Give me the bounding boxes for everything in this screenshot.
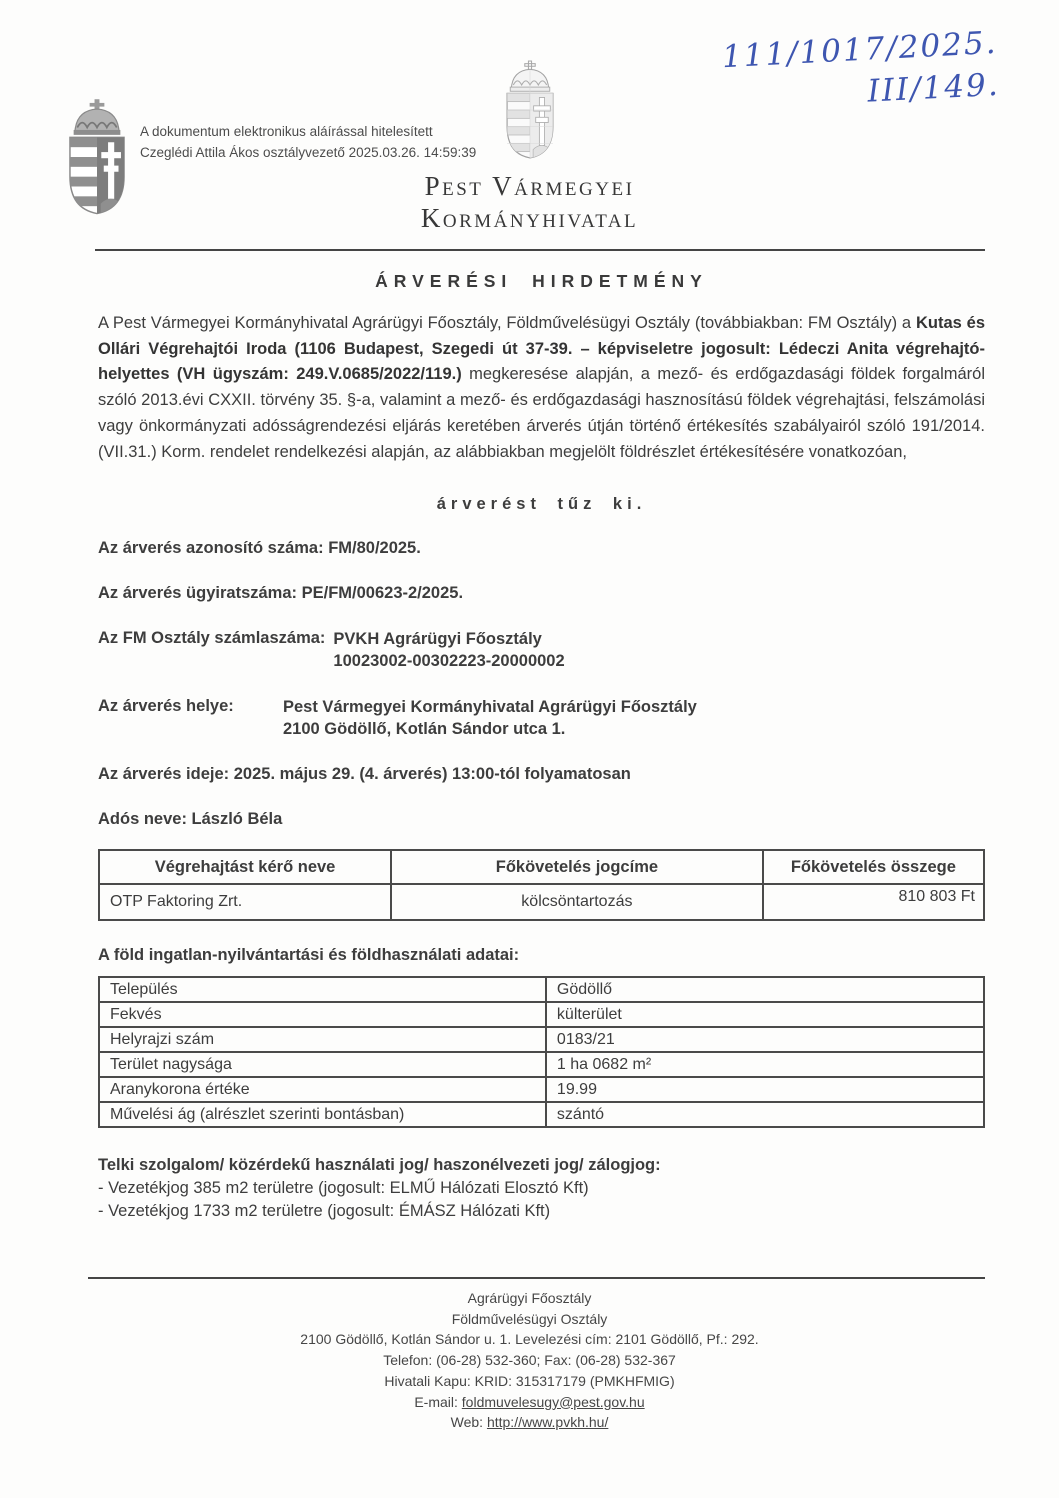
claims-table-row: OTP Faktoring Zrt. kölcsöntartozás 810 8… bbox=[99, 884, 984, 920]
footer-web-line: Web: http://www.pvkh.hu/ bbox=[0, 1412, 1059, 1433]
claims-table: Végrehajtást kérő neve Főkövetelés jogcí… bbox=[98, 849, 985, 921]
account-number-value-line-2: 10023002-00302223-20000002 bbox=[333, 650, 564, 672]
table-row-settlement: Település Gödöllő bbox=[99, 977, 984, 1002]
account-number-row: Az FM Osztály számlaszáma: PVKH Agrárügy… bbox=[98, 628, 985, 672]
document-title: ÁRVERÉSI HIRDETMÉNY bbox=[98, 271, 985, 292]
claims-header-claim-title: Főkövetelés jogcíme bbox=[391, 850, 763, 884]
claims-cell-claim-amount: 810 803 Ft bbox=[763, 884, 984, 920]
table-row-area: Terület nagysága 1 ha 0682 m² bbox=[99, 1052, 984, 1077]
easement-item-2: - Vezetékjog 1733 m2 területre (jogosult… bbox=[98, 1200, 985, 1223]
footer-phone-fax: Telefon: (06-28) 532-360; Fax: (06-28) 5… bbox=[0, 1350, 1059, 1371]
document-page: 111/1017/2025. III/149. bbox=[0, 0, 1059, 1498]
intro-pre: A Pest Vármegyei Kormányhivatal Agrárügy… bbox=[98, 314, 911, 332]
footer-web-link[interactable]: http://www.pvkh.hu/ bbox=[487, 1414, 608, 1430]
land-label-area: Terület nagysága bbox=[99, 1052, 546, 1077]
organisation-name-line-1: Pest Vármegyei bbox=[0, 171, 1059, 203]
auction-id-label: Az árverés azonosító száma: bbox=[98, 539, 324, 557]
auction-id-value: FM/80/2025. bbox=[328, 539, 421, 557]
footer-divider bbox=[88, 1277, 985, 1279]
land-label-cultivation: Művelési ág (alrészlet szerinti bontásba… bbox=[99, 1102, 546, 1127]
footer-department: Agrárügyi Főosztály bbox=[0, 1288, 1059, 1309]
land-data-table: Település Gödöllő Fekvés külterület Hely… bbox=[98, 976, 985, 1128]
land-value-parcel-number: 0183/21 bbox=[546, 1027, 984, 1052]
decree-line: árverést tűz ki. bbox=[98, 495, 985, 514]
land-label-settlement: Település bbox=[99, 977, 546, 1002]
claims-header-claim-amount: Főkövetelés összege bbox=[763, 850, 984, 884]
footer-krid: Hivatali Kapu: KRID: 315317179 (PMKHFMIG… bbox=[0, 1371, 1059, 1392]
land-label-location: Fekvés bbox=[99, 1002, 546, 1027]
land-label-parcel-number: Helyrajzi szám bbox=[99, 1027, 546, 1052]
auction-place-row: Az árverés helye: Pest Vármegyei Kormány… bbox=[98, 696, 985, 740]
land-label-gold-crown: Aranykorona értéke bbox=[99, 1077, 546, 1102]
land-value-cultivation: szántó bbox=[546, 1102, 984, 1127]
table-row-cultivation: Művelési ág (alrészlet szerinti bontásba… bbox=[99, 1102, 984, 1127]
footer-email-label: E-mail: bbox=[414, 1394, 458, 1410]
footer-block: Agrárügyi Főosztály Földművelésügyi Oszt… bbox=[0, 1288, 1059, 1433]
debtor-label: Adós neve: bbox=[98, 810, 187, 828]
organisation-name-line-2: Kormányhivatal bbox=[0, 203, 1059, 235]
table-row-location: Fekvés külterület bbox=[99, 1002, 984, 1027]
footer-email-link[interactable]: foldmuvelesugy@pest.gov.hu bbox=[462, 1394, 645, 1410]
claims-table-header-row: Végrehajtást kérő neve Főkövetelés jogcí… bbox=[99, 850, 984, 884]
debtor-value: László Béla bbox=[192, 810, 283, 828]
claims-cell-creditor: OTP Faktoring Zrt. bbox=[99, 884, 391, 920]
account-number-value: PVKH Agrárügyi Főosztály 10023002-003022… bbox=[333, 628, 564, 672]
footer-email-line: E-mail: foldmuvelesugy@pest.gov.hu bbox=[0, 1392, 1059, 1413]
auction-place-value-line-1: Pest Vármegyei Kormányhivatal Agrárügyi … bbox=[283, 696, 697, 718]
table-row-gold-crown: Aranykorona értéke 19.99 bbox=[99, 1077, 984, 1102]
footer-sub-department: Földművelésügyi Osztály bbox=[0, 1309, 1059, 1330]
claims-cell-claim-title: kölcsöntartozás bbox=[391, 884, 763, 920]
intro-paragraph: A Pest Vármegyei Kormányhivatal Agrárügy… bbox=[98, 311, 985, 465]
land-value-gold-crown: 19.99 bbox=[546, 1077, 984, 1102]
hungarian-coat-of-arms-icon bbox=[494, 147, 566, 164]
debtor-row: Adós neve: László Béla bbox=[98, 809, 985, 830]
case-number-row: Az árverés ügyiratszáma: PE/FM/00623-2/2… bbox=[98, 583, 985, 604]
land-value-settlement: Gödöllő bbox=[546, 977, 984, 1002]
case-number-value: PE/FM/00623-2/2025. bbox=[302, 584, 463, 602]
easements-section: Telki szolgalom/ közérdekű használati jo… bbox=[98, 1154, 985, 1223]
footer-web-label: Web: bbox=[451, 1414, 483, 1430]
organisation-header: Pest Vármegyei Kormányhivatal bbox=[0, 60, 1059, 235]
account-number-value-line-1: PVKH Agrárügyi Főosztály bbox=[333, 628, 564, 650]
account-number-label: Az FM Osztály számlaszáma: bbox=[98, 628, 325, 672]
document-body: ÁRVERÉSI HIRDETMÉNY A Pest Vármegyei Kor… bbox=[98, 265, 985, 1223]
auction-place-label: Az árverés helye: bbox=[98, 696, 283, 740]
auction-id-row: Az árverés azonosító száma: FM/80/2025. bbox=[98, 538, 985, 559]
header-divider bbox=[95, 249, 985, 251]
auction-time-row: Az árverés ideje: 2025. május 29. (4. ár… bbox=[98, 764, 985, 785]
land-value-location: külterület bbox=[546, 1002, 984, 1027]
organisation-name: Pest Vármegyei Kormányhivatal bbox=[0, 171, 1059, 235]
auction-place-value: Pest Vármegyei Kormányhivatal Agrárügyi … bbox=[283, 696, 697, 740]
footer-address: 2100 Gödöllő, Kotlán Sándor u. 1. Levele… bbox=[0, 1329, 1059, 1350]
auction-time-value: 2025. május 29. (4. árverés) 13:00-tól f… bbox=[234, 765, 631, 783]
claims-header-creditor: Végrehajtást kérő neve bbox=[99, 850, 391, 884]
land-data-heading: A föld ingatlan-nyilvántartási és földha… bbox=[98, 945, 985, 966]
auction-place-value-line-2: 2100 Gödöllő, Kotlán Sándor utca 1. bbox=[283, 718, 697, 740]
table-row-parcel-number: Helyrajzi szám 0183/21 bbox=[99, 1027, 984, 1052]
auction-time-label: Az árverés ideje: bbox=[98, 765, 229, 783]
land-value-area: 1 ha 0682 m² bbox=[546, 1052, 984, 1077]
easements-title: Telki szolgalom/ közérdekű használati jo… bbox=[98, 1154, 985, 1177]
case-number-label: Az árverés ügyiratszáma: bbox=[98, 584, 297, 602]
easement-item-1: - Vezetékjog 385 m2 területre (jogosult:… bbox=[98, 1177, 985, 1200]
